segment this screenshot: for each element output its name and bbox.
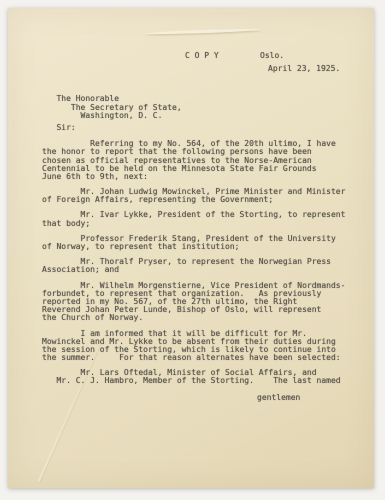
text-line: Mr. C. J. Hambro, Member of the Storting…: [42, 377, 368, 385]
paragraph: Mr. Johan Ludwig Mowinckel, Prime Minist…: [42, 188, 368, 204]
text-line: the summer. For that reason alternates h…: [42, 354, 368, 362]
letter-content: C O P Y Oslo. April 23, 1925. The Honora…: [42, 52, 368, 488]
date-line: April 23, 1925.: [42, 65, 368, 73]
text-line: the Church of Norway.: [42, 314, 368, 322]
text-line: Mr. Ivar Lykke, President of the Stortin…: [42, 211, 368, 219]
paragraph: Mr. Lars Oftedal, Minister of Social Aff…: [42, 369, 368, 385]
letter-header: C O P Y Oslo.: [42, 52, 368, 60]
letter-body: Referring to my No. 564, of the 20th ult…: [42, 140, 368, 386]
paragraph: Professor Frederik Stang, President of t…: [42, 235, 368, 251]
copy-stamp: C O P Y: [185, 52, 219, 60]
paragraph: Mr. Thoralf Pryser, to represent the Nor…: [42, 258, 368, 274]
text-line: of Foreign Affairs, representing the Gov…: [42, 196, 368, 204]
text-line: of Norway, to represent that institution…: [42, 243, 368, 251]
text-line: that body;: [42, 220, 368, 228]
text-line: Association; and: [42, 266, 368, 274]
paragraph: Mr. Ivar Lykke, President of the Stortin…: [42, 211, 368, 227]
text-line: Washington, D. C.: [42, 112, 368, 120]
recipient-address: The Honorable The Secretary of State, Wa…: [42, 95, 368, 120]
paragraph: I am informed that it will be difficult …: [42, 330, 368, 363]
catchword: gentlemen: [42, 394, 368, 402]
place-line: Oslo.: [260, 52, 284, 60]
letter-paper: C O P Y Oslo. April 23, 1925. The Honora…: [8, 8, 374, 488]
text-line: June 6th to 9th, next:: [42, 173, 368, 181]
paragraph: Referring to my No. 564, of the 20th ult…: [42, 140, 368, 181]
paper-crease: [146, 28, 261, 35]
paragraph: Mr. Wilhelm Morgenstierne, Vice Presiden…: [42, 282, 368, 323]
salutation: Sir:: [42, 124, 368, 132]
